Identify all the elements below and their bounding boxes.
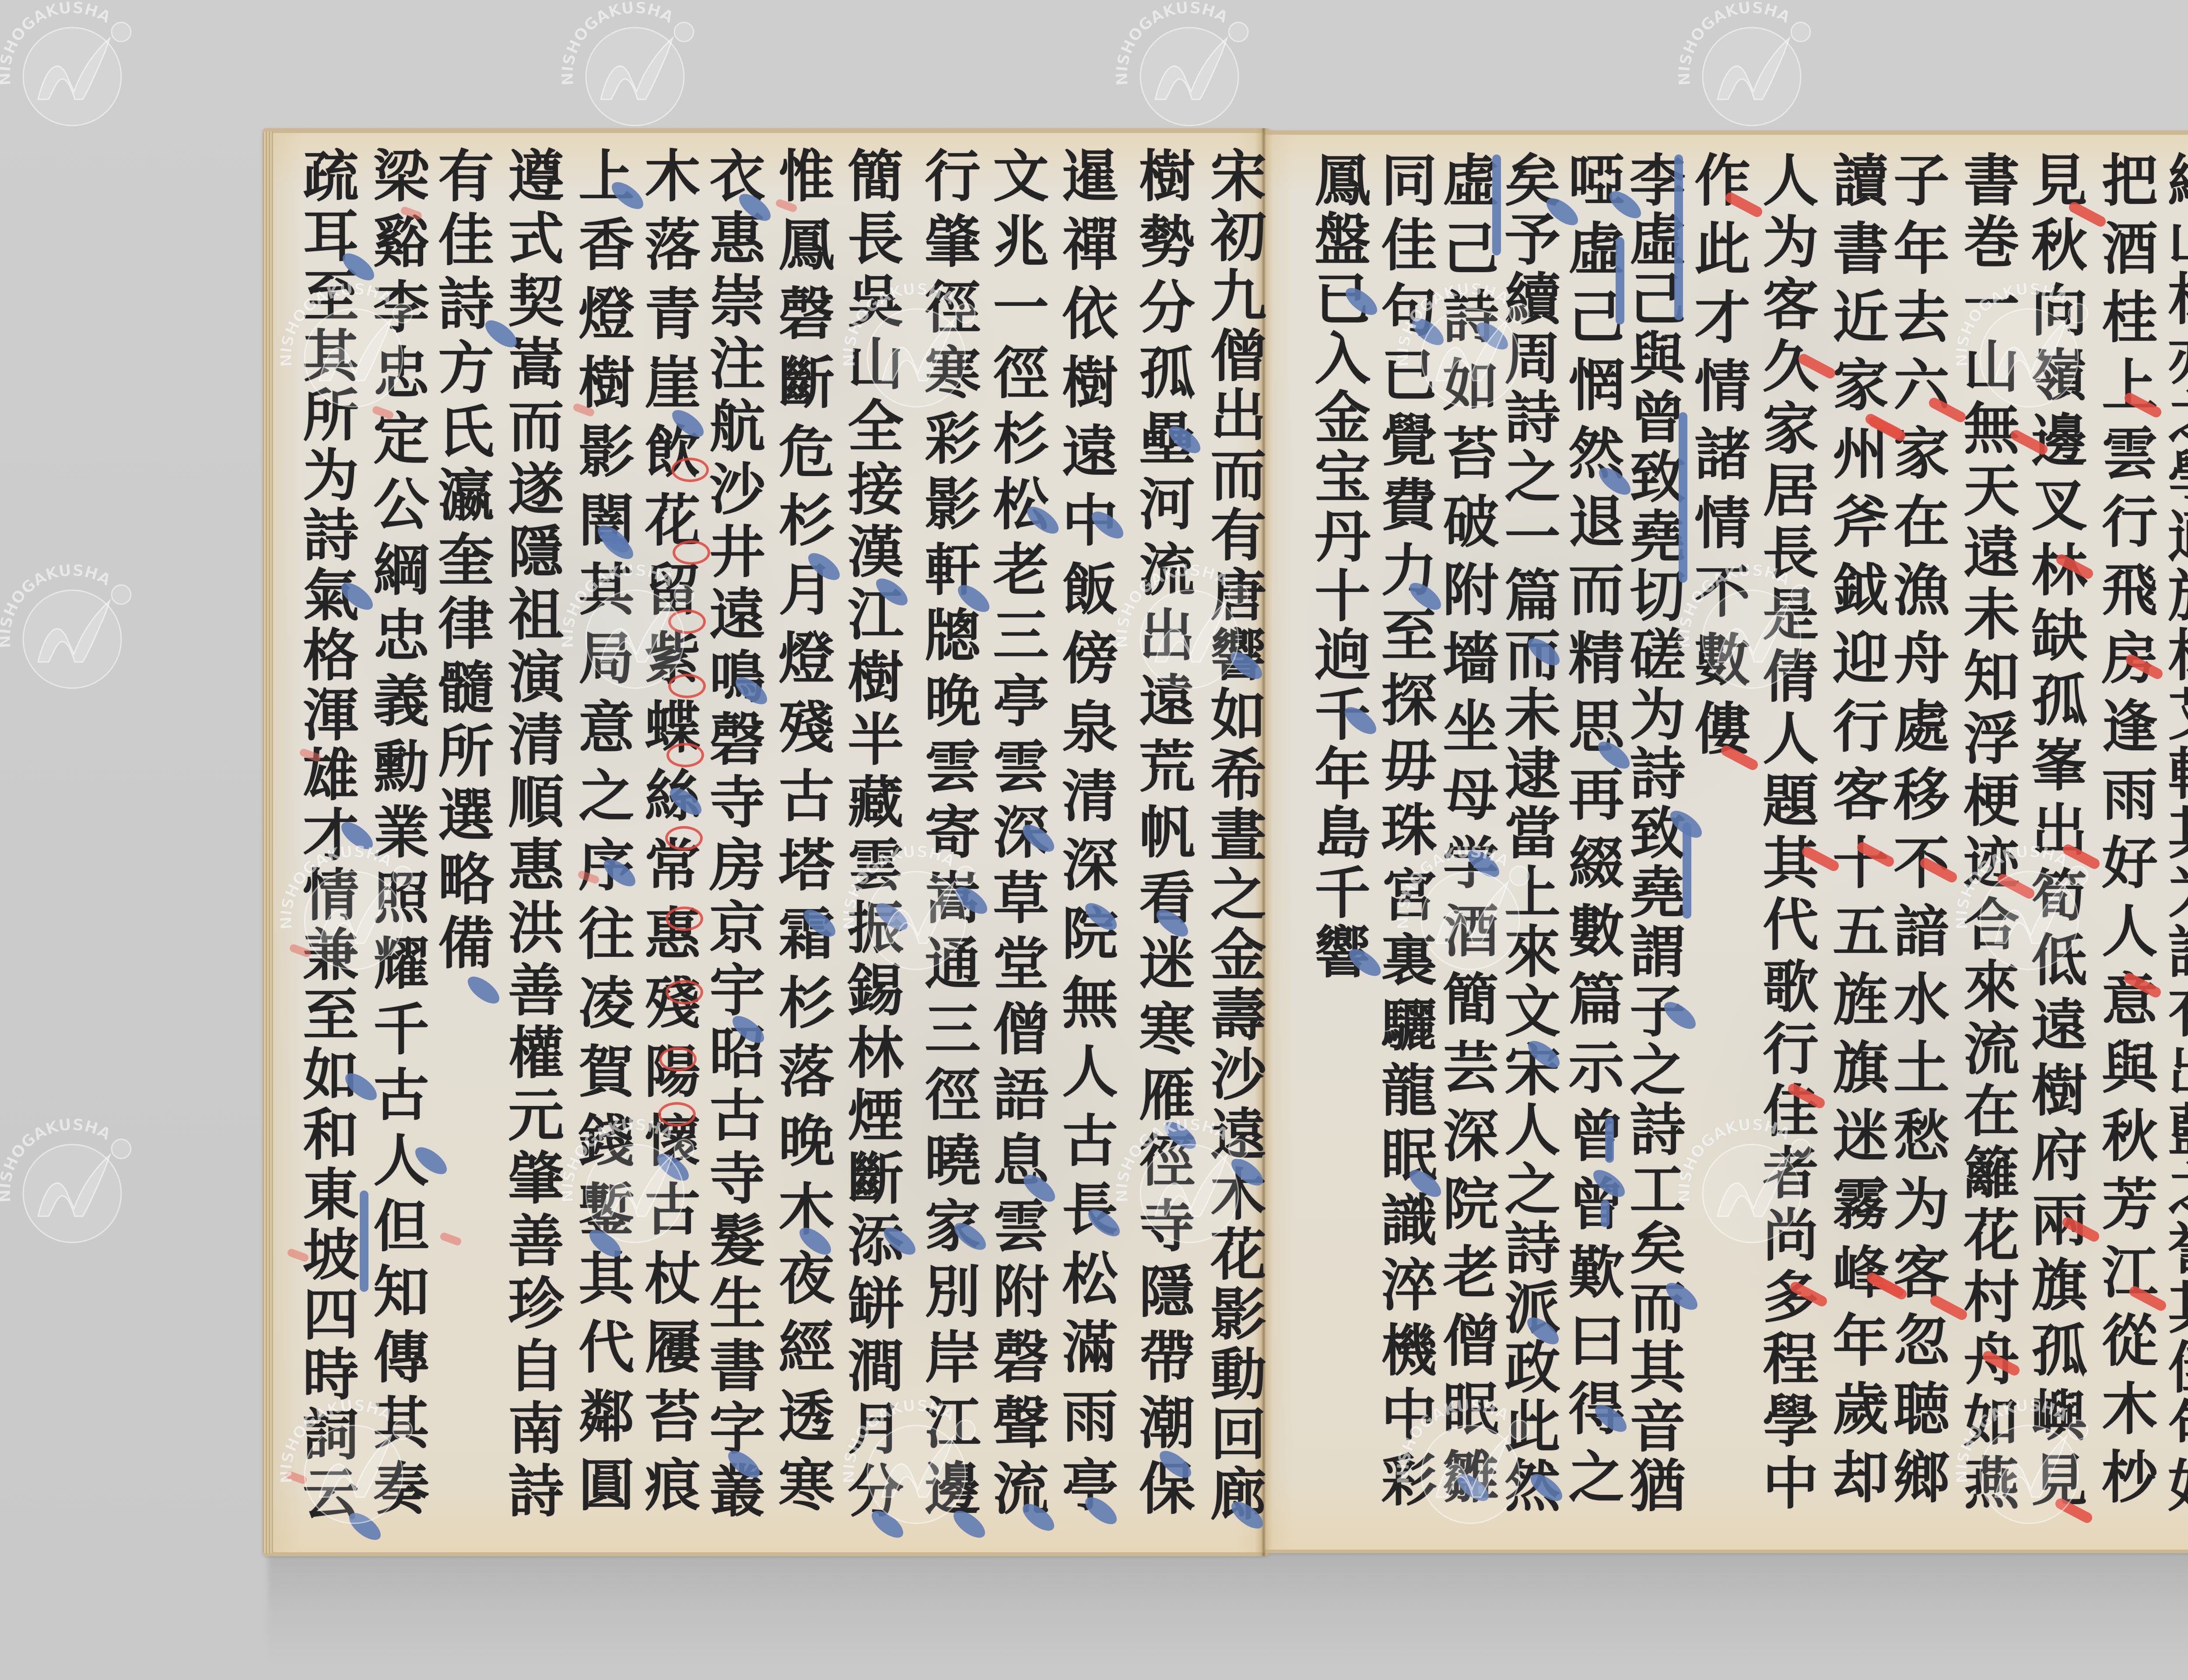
red-annotation-mark bbox=[2124, 653, 2164, 681]
blue-annotation-mark bbox=[1227, 1154, 1267, 1190]
red-annotation-mark bbox=[2061, 1215, 2101, 1243]
blue-annotation-mark bbox=[724, 1446, 764, 1483]
blue-annotation-mark bbox=[1023, 502, 1063, 539]
blue-annotation-mark bbox=[337, 817, 377, 854]
blue-annotation-mark bbox=[1542, 193, 1582, 230]
red-annotation-mark bbox=[1855, 840, 1896, 868]
blue-annotation-mark bbox=[1605, 186, 1645, 223]
red-emphasis-circle bbox=[659, 1047, 697, 1071]
red-annotation-mark bbox=[2061, 843, 2101, 871]
blue-annotation-mark bbox=[666, 783, 706, 820]
blue-annotation-mark bbox=[341, 1068, 381, 1105]
red-annotation-mark bbox=[1797, 352, 1837, 380]
red-annotation-dot bbox=[400, 206, 423, 220]
red-annotation-mark bbox=[1996, 872, 2036, 900]
blue-annotation-mark bbox=[607, 177, 648, 214]
blue-annotation-mark bbox=[731, 672, 771, 709]
blue-annotation-mark bbox=[1084, 1204, 1124, 1241]
blue-annotation-mark bbox=[1018, 820, 1059, 857]
blue-annotation-mark bbox=[668, 405, 708, 442]
red-emphasis-circle bbox=[671, 458, 709, 482]
blue-annotation-mark bbox=[795, 1223, 835, 1260]
red-emphasis-circle bbox=[666, 906, 703, 931]
blue-annotation-mark bbox=[600, 854, 640, 891]
blue-annotation-mark bbox=[1472, 318, 1512, 354]
red-annotation-dot bbox=[286, 1248, 309, 1263]
blue-annotation-mark bbox=[1589, 1165, 1629, 1202]
red-annotation-dot bbox=[371, 405, 394, 420]
red-annotation-mark bbox=[2128, 1284, 2168, 1312]
blue-annotation-mark bbox=[1595, 463, 1635, 500]
red-annotation-mark bbox=[2054, 1497, 2094, 1525]
blue-annotation-mark bbox=[1081, 1492, 1121, 1529]
blue-annotation-mark bbox=[1345, 944, 1385, 981]
blue-annotation-mark bbox=[1081, 898, 1121, 935]
blue-name-line bbox=[1492, 154, 1501, 255]
red-annotation-dot bbox=[775, 198, 798, 213]
red-emphasis-circle bbox=[666, 980, 703, 1004]
red-annotation-dot bbox=[572, 402, 595, 417]
blue-annotation-mark bbox=[1227, 1497, 1267, 1533]
red-emphasis-circle bbox=[668, 674, 706, 698]
red-annotation-mark bbox=[1864, 412, 1904, 440]
blue-annotation-mark bbox=[804, 548, 844, 585]
blue-annotation-mark bbox=[1524, 1036, 1564, 1073]
blue-annotation-mark bbox=[1341, 283, 1382, 320]
red-annotation-mark bbox=[2122, 971, 2163, 999]
blue-annotation-mark bbox=[585, 1225, 625, 1262]
red-emphasis-circle bbox=[665, 826, 703, 850]
red-annotation-mark bbox=[1981, 1349, 2021, 1377]
blue-annotation-mark bbox=[1463, 845, 1504, 882]
red-annotation-mark bbox=[2009, 428, 2049, 456]
blue-annotation-mark bbox=[1226, 647, 1266, 684]
blue-annotation-mark bbox=[954, 580, 994, 617]
blue-annotation-mark bbox=[867, 1506, 908, 1543]
blue-annotation-mark bbox=[1160, 1117, 1200, 1154]
blue-annotation-mark bbox=[1340, 702, 1381, 739]
red-annotation-mark bbox=[1927, 396, 1967, 424]
blue-annotation-mark bbox=[1591, 1400, 1631, 1437]
blue-annotation-mark bbox=[950, 1218, 990, 1255]
red-annotation-dot bbox=[298, 748, 322, 763]
blue-annotation-mark bbox=[728, 1011, 768, 1048]
blue-annotation-mark bbox=[1405, 1165, 1445, 1202]
red-annotation-mark bbox=[2067, 200, 2107, 228]
blue-name-line bbox=[1616, 237, 1624, 325]
blue-annotation-mark bbox=[1408, 313, 1448, 350]
blue-name-line bbox=[1683, 822, 1691, 919]
blue-annotation-mark bbox=[799, 905, 840, 941]
red-annotation-mark bbox=[1788, 1280, 1829, 1308]
blue-annotation-mark bbox=[481, 315, 521, 352]
red-annotation-dot bbox=[439, 1232, 462, 1246]
blue-annotation-mark bbox=[880, 1223, 920, 1260]
blue-annotation-mark bbox=[1155, 1446, 1196, 1483]
blue-annotation-mark bbox=[345, 1508, 385, 1545]
blue-annotation-mark bbox=[1018, 1499, 1059, 1536]
blue-annotation-mark bbox=[1594, 737, 1634, 773]
blue-name-line bbox=[1674, 154, 1683, 320]
red-annotation-dot bbox=[288, 943, 312, 958]
blue-name-line bbox=[360, 1190, 368, 1292]
blue-annotation-mark bbox=[653, 1149, 693, 1186]
blue-annotation-mark bbox=[951, 882, 992, 919]
blue-name-line bbox=[1679, 412, 1687, 583]
red-emphasis-circle bbox=[673, 540, 710, 565]
red-emphasis-circle bbox=[658, 1102, 696, 1127]
blue-annotation-mark bbox=[735, 189, 775, 226]
red-emphasis-circle bbox=[668, 609, 706, 634]
blue-annotation-mark bbox=[337, 578, 377, 615]
blue-annotation-mark bbox=[1660, 997, 1700, 1034]
blue-annotation-mark bbox=[1526, 1469, 1567, 1506]
blue-annotation-mark bbox=[1453, 1469, 1493, 1506]
blue-annotation-mark bbox=[463, 972, 504, 1008]
red-annotation-mark bbox=[1786, 1082, 1827, 1110]
blue-annotation-mark bbox=[872, 898, 912, 935]
red-annotation-mark bbox=[2055, 553, 2095, 581]
blue-annotation-mark bbox=[1152, 905, 1192, 941]
blue-annotation-mark bbox=[1019, 1170, 1059, 1207]
blue-annotation-mark bbox=[1662, 1278, 1702, 1315]
blue-annotation-mark bbox=[411, 1142, 451, 1179]
red-annotation-mark bbox=[1865, 1271, 1905, 1299]
blue-annotation-mark bbox=[872, 574, 912, 610]
red-annotation-mark bbox=[2123, 391, 2163, 419]
red-annotation-dot bbox=[577, 870, 600, 885]
blue-annotation-mark bbox=[1087, 507, 1128, 543]
red-annotation-mark bbox=[1918, 856, 1959, 884]
blue-annotation-mark bbox=[949, 1506, 989, 1543]
blue-name-line bbox=[1605, 1117, 1614, 1163]
annotation-marks-layer bbox=[0, 0, 2188, 1680]
red-annotation-mark bbox=[1724, 191, 1764, 219]
blue-annotation-mark bbox=[338, 248, 379, 285]
red-annotation-mark bbox=[1800, 845, 1841, 873]
blue-annotation-mark bbox=[1524, 633, 1564, 670]
blue-annotation-mark bbox=[1523, 1312, 1563, 1349]
blue-annotation-mark bbox=[1405, 578, 1445, 615]
blue-annotation-mark bbox=[1164, 421, 1205, 458]
red-annotation-dot bbox=[284, 1470, 308, 1485]
red-emphasis-circle bbox=[666, 743, 704, 767]
red-annotation-mark bbox=[1929, 1294, 1969, 1322]
blue-name-line bbox=[1601, 1200, 1609, 1227]
red-annotation-mark bbox=[1719, 744, 1760, 772]
